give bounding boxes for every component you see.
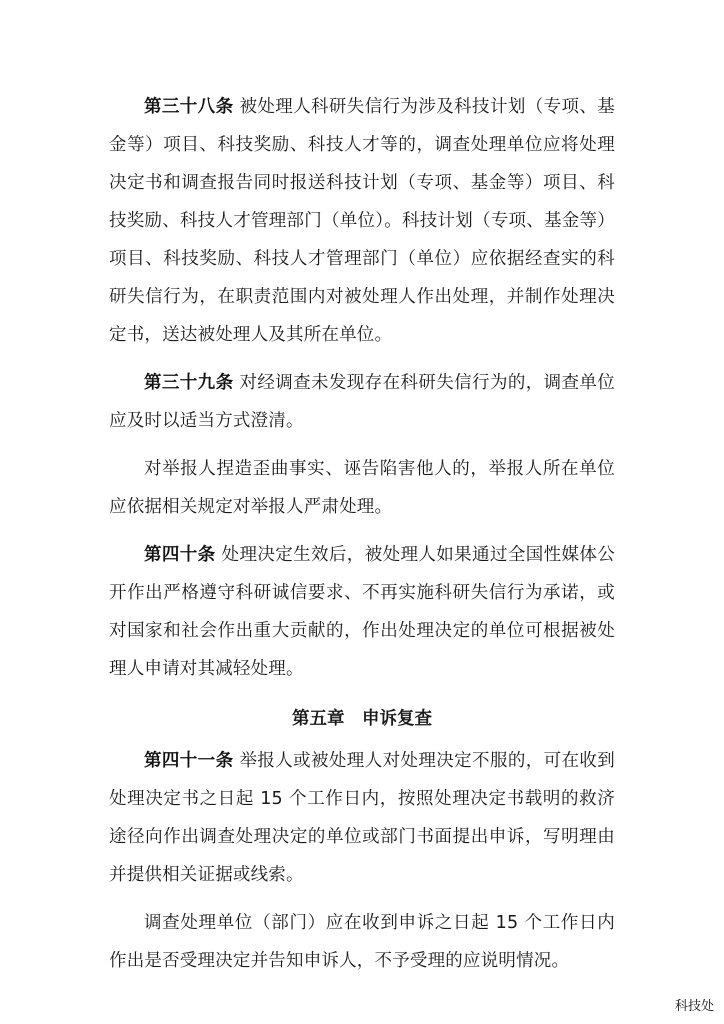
paragraph-text: 调查处理单位（部门）应在收到申诉之日起 15 个工作日内作出是否受理决定并告知申… bbox=[109, 913, 615, 971]
article-40: 第四十条 处理决定生效后，被处理人如果通过全国性媒体公开作出严格遵守科研诚信要求… bbox=[109, 536, 615, 688]
article-text: 举报人或被处理人对处理决定不服的，可在收到处理决定书之日起 15 个工作日内，按… bbox=[109, 751, 615, 885]
article-38: 第三十八条 被处理人科研失信行为涉及科技计划（专项、基金等）项目、科技奖励、科技… bbox=[109, 88, 615, 354]
chapter-title: 申诉复查 bbox=[362, 709, 432, 729]
chapter-heading: 第五章申诉复查 bbox=[109, 700, 615, 738]
article-text: 被处理人科研失信行为涉及科技计划（专项、基金等）项目、科技奖励、科技人才等的，调… bbox=[109, 97, 615, 345]
paragraph-text: 对举报人捏造歪曲事实、诬告陷害他人的，举报人所在单位应依据相关规定对举报人严肃处… bbox=[109, 459, 615, 517]
document-page: 第三十八条 被处理人科研失信行为涉及科技计划（专项、基金等）项目、科技奖励、科技… bbox=[109, 88, 615, 980]
chapter-number: 第五章 bbox=[292, 709, 345, 729]
article-39: 第三十九条 对经调查未发现存在科研失信行为的，调查单位应及时以适当方式澄清。 bbox=[109, 364, 615, 440]
article-41: 第四十一条 举报人或被处理人对处理决定不服的，可在收到处理决定书之日起 15 个… bbox=[109, 742, 615, 894]
article-39-paragraph-2: 对举报人捏造歪曲事实、诬告陷害他人的，举报人所在单位应依据相关规定对举报人严肃处… bbox=[109, 450, 615, 526]
article-number: 第四十一条 bbox=[144, 751, 233, 771]
footer-label: 科技处 bbox=[675, 995, 714, 1014]
article-number: 第三十九条 bbox=[144, 373, 233, 393]
article-number: 第三十八条 bbox=[144, 97, 233, 117]
article-number: 第四十条 bbox=[144, 545, 216, 565]
article-text: 处理决定生效后，被处理人如果通过全国性媒体公开作出严格遵守科研诚信要求、不再实施… bbox=[109, 545, 615, 679]
article-41-paragraph-2: 调查处理单位（部门）应在收到申诉之日起 15 个工作日内作出是否受理决定并告知申… bbox=[109, 904, 615, 980]
